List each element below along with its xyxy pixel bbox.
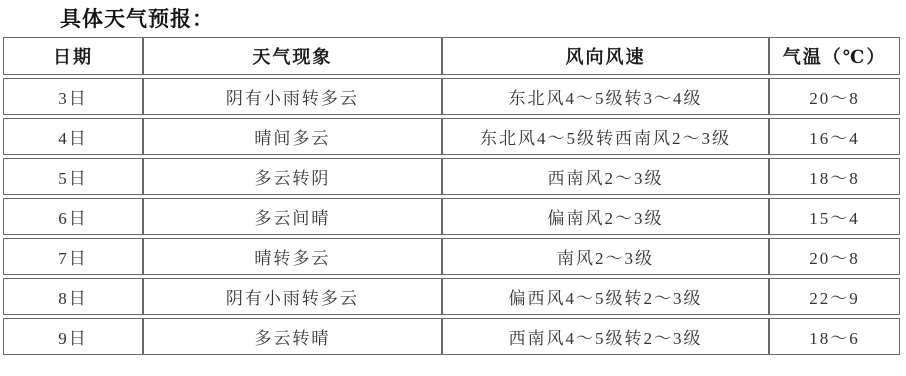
wind-cell: 偏西风4～5级转2～3级 — [442, 278, 769, 315]
temp-cell: 15～4 — [769, 198, 900, 235]
weather-forecast-table: 日期 天气现象 风向风速 气温（℃） 3日 阴有小雨转多云 东北风4～5级转3～… — [3, 34, 900, 358]
table-row: 7日 晴转多云 南风2～3级 20～8 — [3, 238, 900, 275]
table-row: 5日 多云转阴 西南风2～3级 18～8 — [3, 158, 900, 195]
temp-cell: 18～8 — [769, 158, 900, 195]
weather-cell: 多云转晴 — [143, 318, 442, 355]
table-header-row: 日期 天气现象 风向风速 气温（℃） — [3, 37, 900, 75]
temp-cell: 22～9 — [769, 278, 900, 315]
wind-cell: 西南风2～3级 — [442, 158, 769, 195]
wind-cell: 西南风4～5级转2～3级 — [442, 318, 769, 355]
table-row: 9日 多云转晴 西南风4～5级转2～3级 18～6 — [3, 318, 900, 355]
date-cell: 4日 — [3, 118, 143, 155]
col-header-date: 日期 — [3, 37, 143, 75]
date-cell: 5日 — [3, 158, 143, 195]
wind-cell: 偏南风2～3级 — [442, 198, 769, 235]
table-row: 4日 晴间多云 东北风4～5级转西南风2～3级 16～4 — [3, 118, 900, 155]
wind-cell: 东北风4～5级转西南风2～3级 — [442, 118, 769, 155]
date-cell: 8日 — [3, 278, 143, 315]
weather-cell: 阴有小雨转多云 — [143, 78, 442, 115]
col-header-wind: 风向风速 — [442, 37, 769, 75]
weather-cell: 晴转多云 — [143, 238, 442, 275]
page-title: 具体天气预报： — [60, 3, 214, 33]
date-cell: 3日 — [3, 78, 143, 115]
weather-cell: 多云转阴 — [143, 158, 442, 195]
table-row: 6日 多云间晴 偏南风2～3级 15～4 — [3, 198, 900, 235]
date-cell: 6日 — [3, 198, 143, 235]
temp-cell: 18～6 — [769, 318, 900, 355]
weather-cell: 晴间多云 — [143, 118, 442, 155]
weather-cell: 多云间晴 — [143, 198, 442, 235]
col-header-weather: 天气现象 — [143, 37, 442, 75]
weather-cell: 阴有小雨转多云 — [143, 278, 442, 315]
wind-cell: 东北风4～5级转3～4级 — [442, 78, 769, 115]
temp-cell: 20～8 — [769, 78, 900, 115]
temp-cell: 16～4 — [769, 118, 900, 155]
date-cell: 9日 — [3, 318, 143, 355]
table-row: 8日 阴有小雨转多云 偏西风4～5级转2～3级 22～9 — [3, 278, 900, 315]
wind-cell: 南风2～3级 — [442, 238, 769, 275]
table-row: 3日 阴有小雨转多云 东北风4～5级转3～4级 20～8 — [3, 78, 900, 115]
col-header-temp: 气温（℃） — [769, 37, 900, 75]
date-cell: 7日 — [3, 238, 143, 275]
temp-cell: 20～8 — [769, 238, 900, 275]
